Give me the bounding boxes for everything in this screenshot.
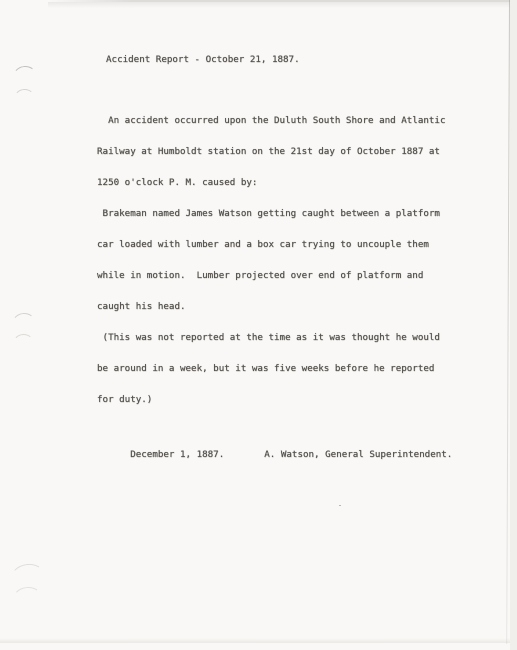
clip-mark <box>12 586 43 612</box>
body-line: An accident occurred upon the Duluth Sou… <box>97 116 452 126</box>
scan-speck <box>339 505 341 506</box>
scanned-document-page: Accident Report - October 21, 1887. An a… <box>0 0 517 650</box>
body-line: Railway at Humboldt station on the 21st … <box>97 147 452 157</box>
clip-mark <box>12 333 34 353</box>
body-line: 1250 o'clock P. M. caused by: <box>97 178 452 188</box>
clip-mark <box>13 88 35 108</box>
scan-right-margin <box>510 0 517 650</box>
body-line: car loaded with lumber and a box car try… <box>97 240 452 250</box>
page-bottom-edge-shadow <box>0 638 510 643</box>
body-line: Brakeman named James Watson getting caug… <box>97 209 452 219</box>
body-line: (This was not reported at the time as it… <box>97 333 452 343</box>
document-title: Accident Report - October 21, 1887. <box>106 55 452 65</box>
date-text: December 1, 1887. <box>130 449 224 460</box>
body-line: caught his head. <box>97 302 452 312</box>
scan-top-edge-shadow <box>48 2 517 8</box>
clip-mark <box>11 312 37 336</box>
signature-line: December 1, 1887.A. Watson, General Supe… <box>97 440 452 471</box>
body-line: be around in a week, but it was five wee… <box>97 364 452 374</box>
body-line: for duty.) <box>97 395 452 405</box>
signature-text: A. Watson, General Superintendent. <box>264 449 452 460</box>
typewritten-text: Accident Report - October 21, 1887. An a… <box>97 34 452 492</box>
clip-mark <box>12 65 38 89</box>
body-line: while in motion. Lumber projected over e… <box>97 271 452 281</box>
